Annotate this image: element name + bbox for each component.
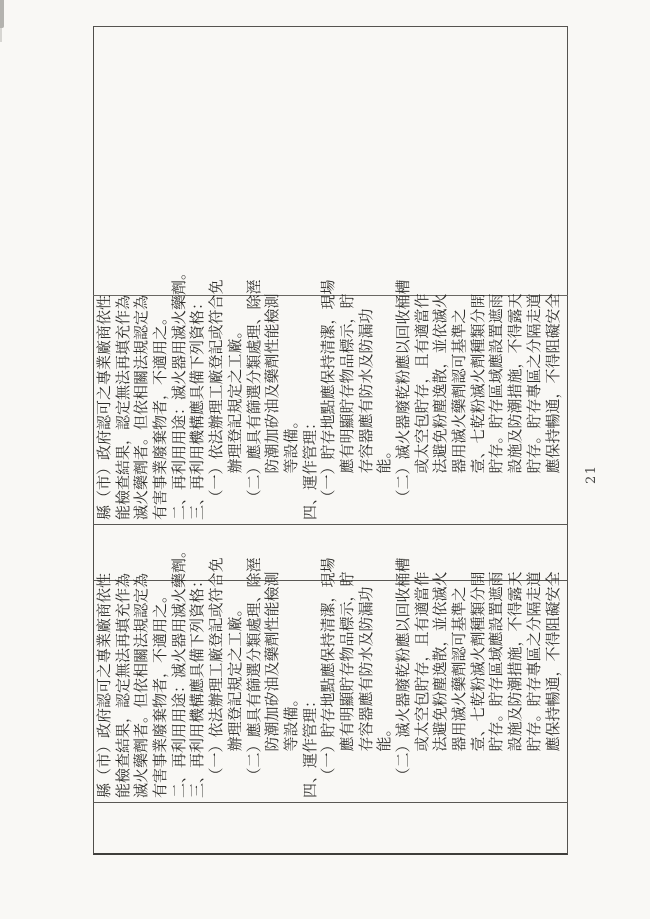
text-line: 縣（市）政府認可之專業廠商依性: [95, 295, 114, 520]
text-line: 防潮加矽油及藥劑性能檢測: [263, 580, 282, 798]
text-line: （二）應具有篩選分類處理、除溼: [245, 580, 264, 798]
text-line: 能。: [375, 295, 394, 520]
text-line: 三、再利用機構應具備下列資格：: [188, 295, 207, 520]
text-line: 防潮加矽油及藥劑性能檢測: [263, 295, 282, 520]
text-line: （一）依法辦理工廠登記或符合免: [207, 580, 226, 798]
text-line: 能檢查結果，認定無法再填充作為: [114, 580, 133, 798]
text-line: （二）滅火器廢乾粉應以回收桶槽: [394, 580, 413, 798]
text-line: 二、再利用用途：滅火器用滅火藥劑。: [170, 295, 189, 520]
text-line: 貯存。貯存區域應設置遮雨: [487, 295, 506, 520]
text-line: 設施及防潮措施，不得露天: [506, 295, 525, 520]
text-line: 應保持暢通，不得阻礙安全: [544, 295, 563, 520]
regulation-text-block-copy-1: 縣（市）政府認可之專業廠商依性能檢查結果，認定無法再填充作為滅火藥劑者。但依相關…: [95, 580, 562, 798]
text-line: 貯存。貯存專區之分隔走道: [525, 295, 544, 520]
text-line: 等設備。: [282, 580, 301, 798]
text-line: （一）依法辦理工廠登記或符合免: [207, 295, 226, 520]
text-line: 有害事業廢棄物者，不適用之。: [151, 580, 170, 798]
scan-edge-artifact: [0, 28, 2, 42]
text-line: 或太空包貯存，且有適當作: [413, 580, 432, 798]
text-line: 器用滅火藥劑認可基準之: [450, 295, 469, 520]
text-line: 貯存。貯存專區之分隔走道: [525, 580, 544, 798]
text-line: 貯存。貯存區域應設置遮雨: [487, 580, 506, 798]
text-line: 四、運作管理：: [301, 580, 320, 798]
text-line: 應有明顯貯存物品標示，貯: [338, 295, 357, 520]
text-line: 或太空包貯存，且有適當作: [413, 295, 432, 520]
text-line: 應保持暢通，不得阻礙安全: [544, 580, 563, 798]
text-line: （一）貯存地點應保持清潔，現場: [319, 580, 338, 798]
text-line: 辦理登記規定之工廠。: [226, 580, 245, 798]
text-line: 縣（市）政府認可之專業廠商依性: [95, 580, 114, 798]
text-line: 二、再利用用途：滅火器用滅火藥劑。: [170, 580, 189, 798]
text-line: （二）應具有篩選分類處理、除溼: [245, 295, 264, 520]
text-line: 等設備。: [282, 295, 301, 520]
text-line: （二）滅火器廢乾粉應以回收桶槽: [394, 295, 413, 520]
page-number: 21: [584, 464, 599, 484]
text-line: 法避免粉塵逸散，並依滅火: [431, 580, 450, 798]
text-line: 能。: [375, 580, 394, 798]
text-line: 存容器應有防水及防漏功: [357, 580, 376, 798]
table-column-divider: [93, 802, 568, 803]
table-column-divider: [93, 524, 568, 525]
regulation-text-block-copy-2: 縣（市）政府認可之專業廠商依性能檢查結果，認定無法再填充作為滅火藥劑者。但依相關…: [95, 295, 562, 520]
scanned-document-page: 縣（市）政府認可之專業廠商依性能檢查結果，認定無法再填充作為滅火藥劑者。但依相關…: [0, 0, 650, 919]
text-line: （一）貯存地點應保持清潔，現場: [319, 295, 338, 520]
text-line: 應有明顯貯存物品標示，貯: [338, 580, 357, 798]
text-line: 有害事業廢棄物者，不適用之。: [151, 295, 170, 520]
scan-edge-artifact: [0, 0, 4, 28]
text-line: 壹、七乾粉滅火劑種類分開: [469, 580, 488, 798]
text-line: 能檢查結果，認定無法再填充作為: [114, 295, 133, 520]
text-line: 四、運作管理：: [301, 295, 320, 520]
text-line: 三、再利用機構應具備下列資格：: [188, 580, 207, 798]
text-line: 存容器應有防水及防漏功: [357, 295, 376, 520]
text-line: 法避免粉塵逸散，並依滅火: [431, 295, 450, 520]
text-line: 設施及防潮措施，不得露天: [506, 580, 525, 798]
text-line: 滅火藥劑者。但依相關法規認定為: [132, 580, 151, 798]
rotated-page-content: 縣（市）政府認可之專業廠商依性能檢查結果，認定無法再填充作為滅火藥劑者。但依相關…: [0, 0, 650, 919]
text-line: 壹、七乾粉滅火劑種類分開: [469, 295, 488, 520]
text-line: 器用滅火藥劑認可基準之: [450, 580, 469, 798]
text-line: 辦理登記規定之工廠。: [226, 295, 245, 520]
text-line: 滅火藥劑者。但依相關法規認定為: [132, 295, 151, 520]
